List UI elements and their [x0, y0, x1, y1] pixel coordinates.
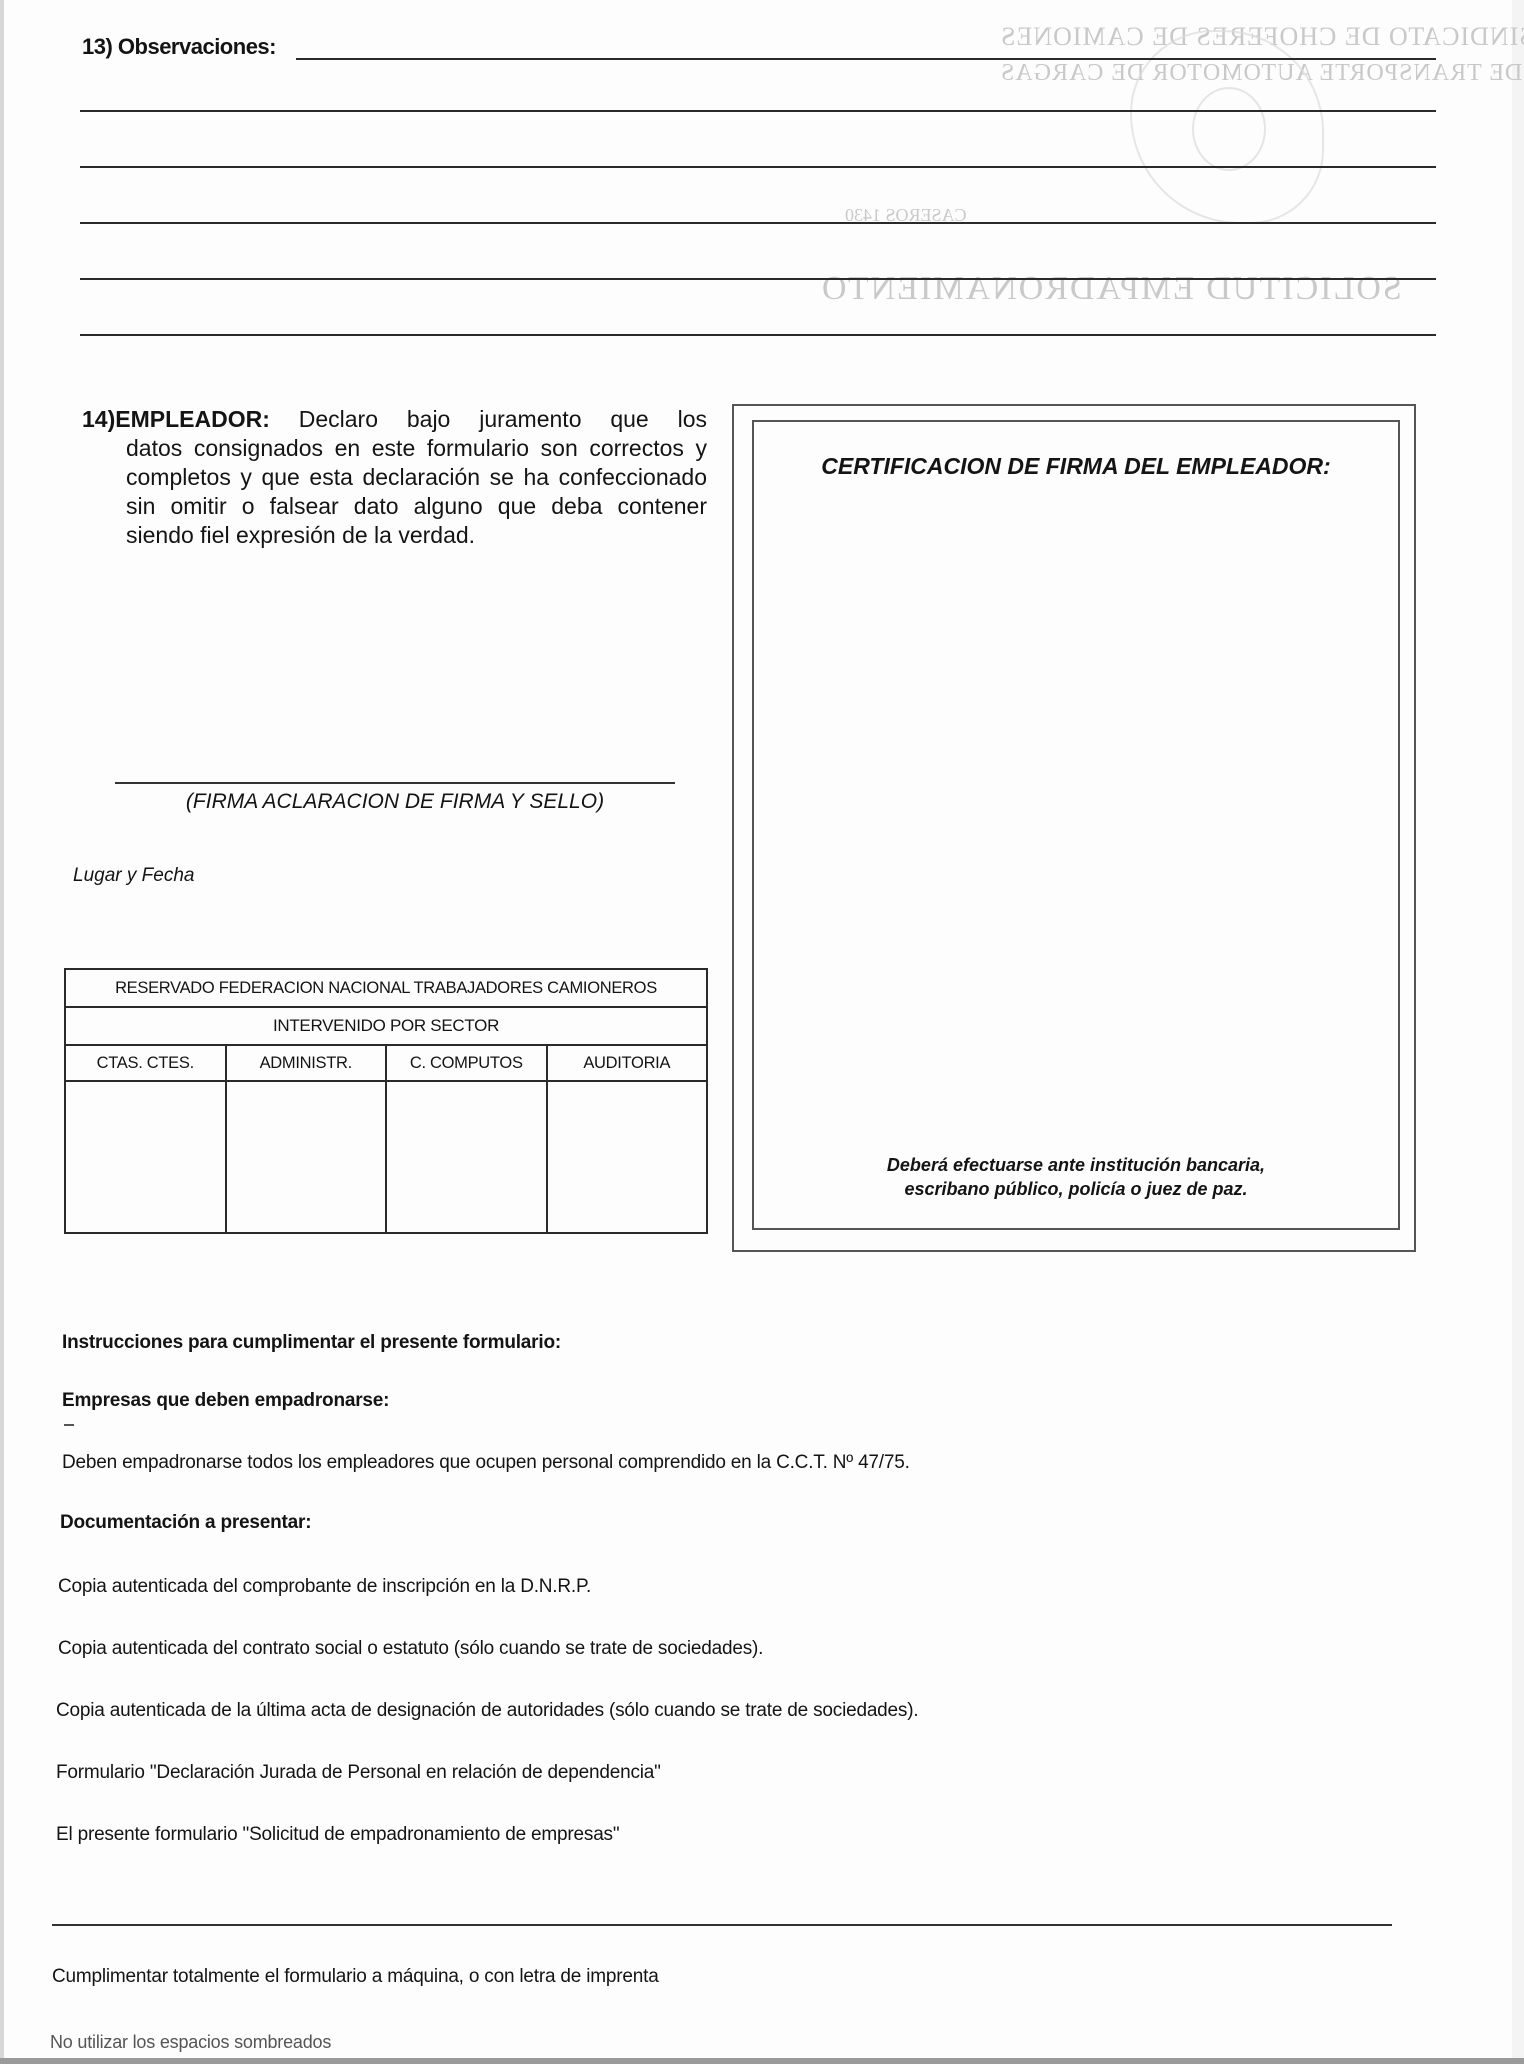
- table-cell: [547, 1081, 708, 1233]
- column-header: ADMINISTR.: [226, 1045, 387, 1081]
- document-item: Formulario "Declaración Jurada de Person…: [56, 1762, 661, 1784]
- column-header: AUDITORIA: [547, 1045, 708, 1081]
- observations-line[interactable]: [80, 166, 1436, 168]
- fill-instruction: Cumplimentar totalmente el formulario a …: [52, 1966, 659, 1988]
- observations-line[interactable]: [80, 278, 1436, 280]
- shaded-spaces-note: No utilizar los espacios sombreados: [50, 2032, 331, 2053]
- document-item: El presente formulario "Solicitud de emp…: [56, 1824, 619, 1846]
- table-cell: [386, 1081, 547, 1233]
- column-header: C. COMPUTOS: [386, 1045, 547, 1081]
- declaration-body: datos consignados en este formulario son…: [82, 434, 707, 550]
- certification-box-inner[interactable]: [752, 420, 1400, 1230]
- companies-text: Deben empadronarse todos los empleadores…: [62, 1452, 910, 1474]
- signature-caption: (FIRMA ACLARACION DE FIRMA Y SELLO): [115, 790, 675, 814]
- dash-mark: [64, 1424, 74, 1426]
- reserved-table-subheader: INTERVENIDO POR SECTOR: [65, 1007, 707, 1045]
- observations-label: 13) Observaciones:: [82, 34, 276, 60]
- reserved-table-header: RESERVADO FEDERACION NACIONAL TRABAJADOR…: [65, 969, 707, 1007]
- observations-line[interactable]: [80, 334, 1436, 336]
- declaration-first-line: 14)EMPLEADOR: Declaro bajo juramento que…: [82, 405, 707, 434]
- observations-line[interactable]: [296, 58, 1436, 60]
- certification-note: Deberá efectuarse ante institución banca…: [752, 1153, 1400, 1201]
- reserved-table: RESERVADO FEDERACION NACIONAL TRABAJADOR…: [64, 968, 708, 1234]
- observations-line[interactable]: [80, 222, 1436, 224]
- divider: [52, 1924, 1392, 1926]
- column-header: CTAS. CTES.: [65, 1045, 226, 1081]
- observations-line[interactable]: [80, 110, 1436, 112]
- page-edge: [0, 2058, 1524, 2064]
- document-item: Copia autenticada de la última acta de d…: [56, 1700, 918, 1722]
- place-date-label: Lugar y Fecha: [73, 865, 194, 887]
- document-item: Copia autenticada del comprobante de ins…: [58, 1576, 591, 1598]
- signature-line[interactable]: [115, 782, 675, 784]
- document-item: Copia autenticada del contrato social o …: [58, 1638, 763, 1660]
- page-edge: [0, 0, 4, 2064]
- page-edge: [1512, 0, 1524, 2064]
- certification-title: CERTIFICACION DE FIRMA DEL EMPLEADOR:: [752, 453, 1400, 480]
- companies-heading: Empresas que deben empadronarse:: [62, 1390, 389, 1412]
- bleed-through-text: SOLICITUD EMPADRONAMIENTO: [820, 270, 1402, 308]
- documents-heading: Documentación a presentar:: [60, 1512, 311, 1534]
- table-cell: [226, 1081, 387, 1233]
- instructions-title: Instrucciones para cumplimentar el prese…: [62, 1332, 561, 1354]
- employer-heading: 14)EMPLEADOR:: [82, 406, 270, 432]
- employer-declaration: 14)EMPLEADOR: Declaro bajo juramento que…: [82, 405, 707, 550]
- table-cell: [65, 1081, 226, 1233]
